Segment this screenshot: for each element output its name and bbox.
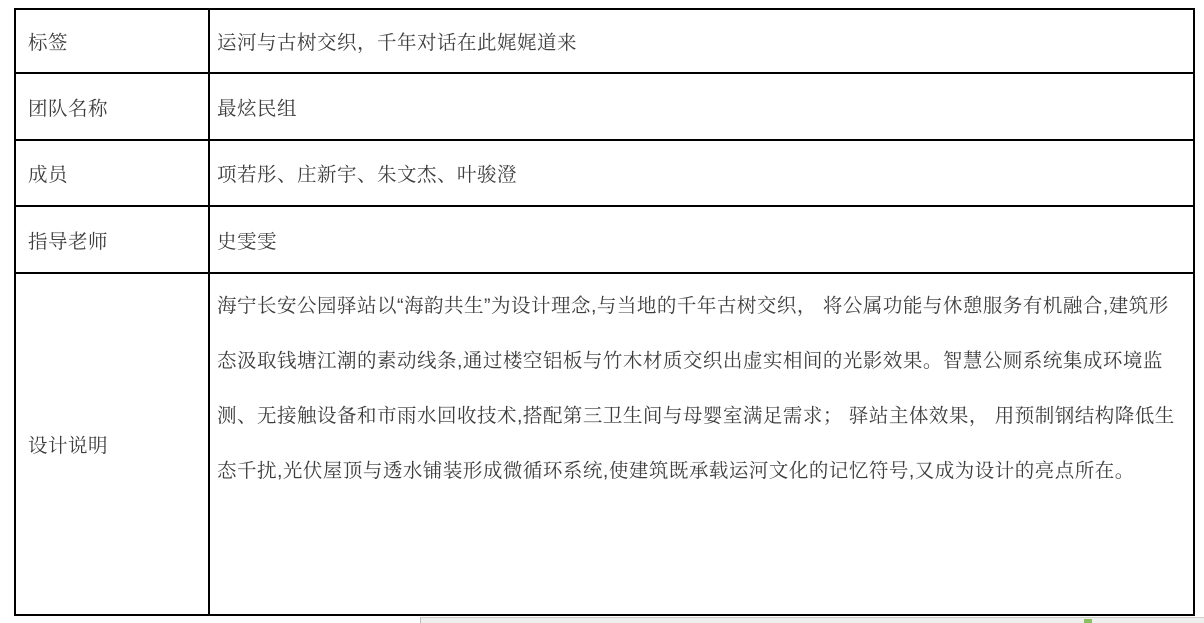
row-value: 项若彤、庄新宇、朱文杰、叶骏澄: [208, 141, 1193, 205]
row-value: 史雯雯: [208, 207, 1193, 272]
row-value: 最炫民组: [208, 74, 1193, 139]
info-table: 标签 运河与古树交织，千年对话在此娓娓道来 团队名称 最炫民组 成员 项若彤、庄…: [14, 8, 1195, 616]
table-row-design-description: 设计说明 海宁长安公园驿站以“海韵共生”为设计理念,与当地的千年古树交织， 将公…: [16, 272, 1193, 614]
table-row-members: 成员 项若彤、庄新宇、朱文杰、叶骏澄: [16, 139, 1193, 205]
row-value: 海宁长安公园驿站以“海韵共生”为设计理念,与当地的千年古树交织， 将公属功能与休…: [208, 274, 1193, 614]
row-label: 指导老师: [16, 207, 208, 272]
row-value: 运河与古树交织，千年对话在此娓娓道来: [208, 10, 1193, 72]
row-label: 团队名称: [16, 74, 208, 139]
green-mark: [1084, 619, 1092, 623]
table-row-team-name: 团队名称 最炫民组: [16, 72, 1193, 139]
row-label: 设计说明: [16, 274, 208, 614]
row-label: 标签: [16, 10, 208, 72]
page: 标签 运河与古树交织，千年对话在此娓娓道来 团队名称 最炫民组 成员 项若彤、庄…: [0, 0, 1204, 623]
table-row-tag: 标签 运河与古树交织，千年对话在此娓娓道来: [16, 10, 1193, 72]
row-label: 成员: [16, 141, 208, 205]
next-element-peek: [420, 617, 1204, 623]
table-row-advisor: 指导老师 史雯雯: [16, 205, 1193, 272]
